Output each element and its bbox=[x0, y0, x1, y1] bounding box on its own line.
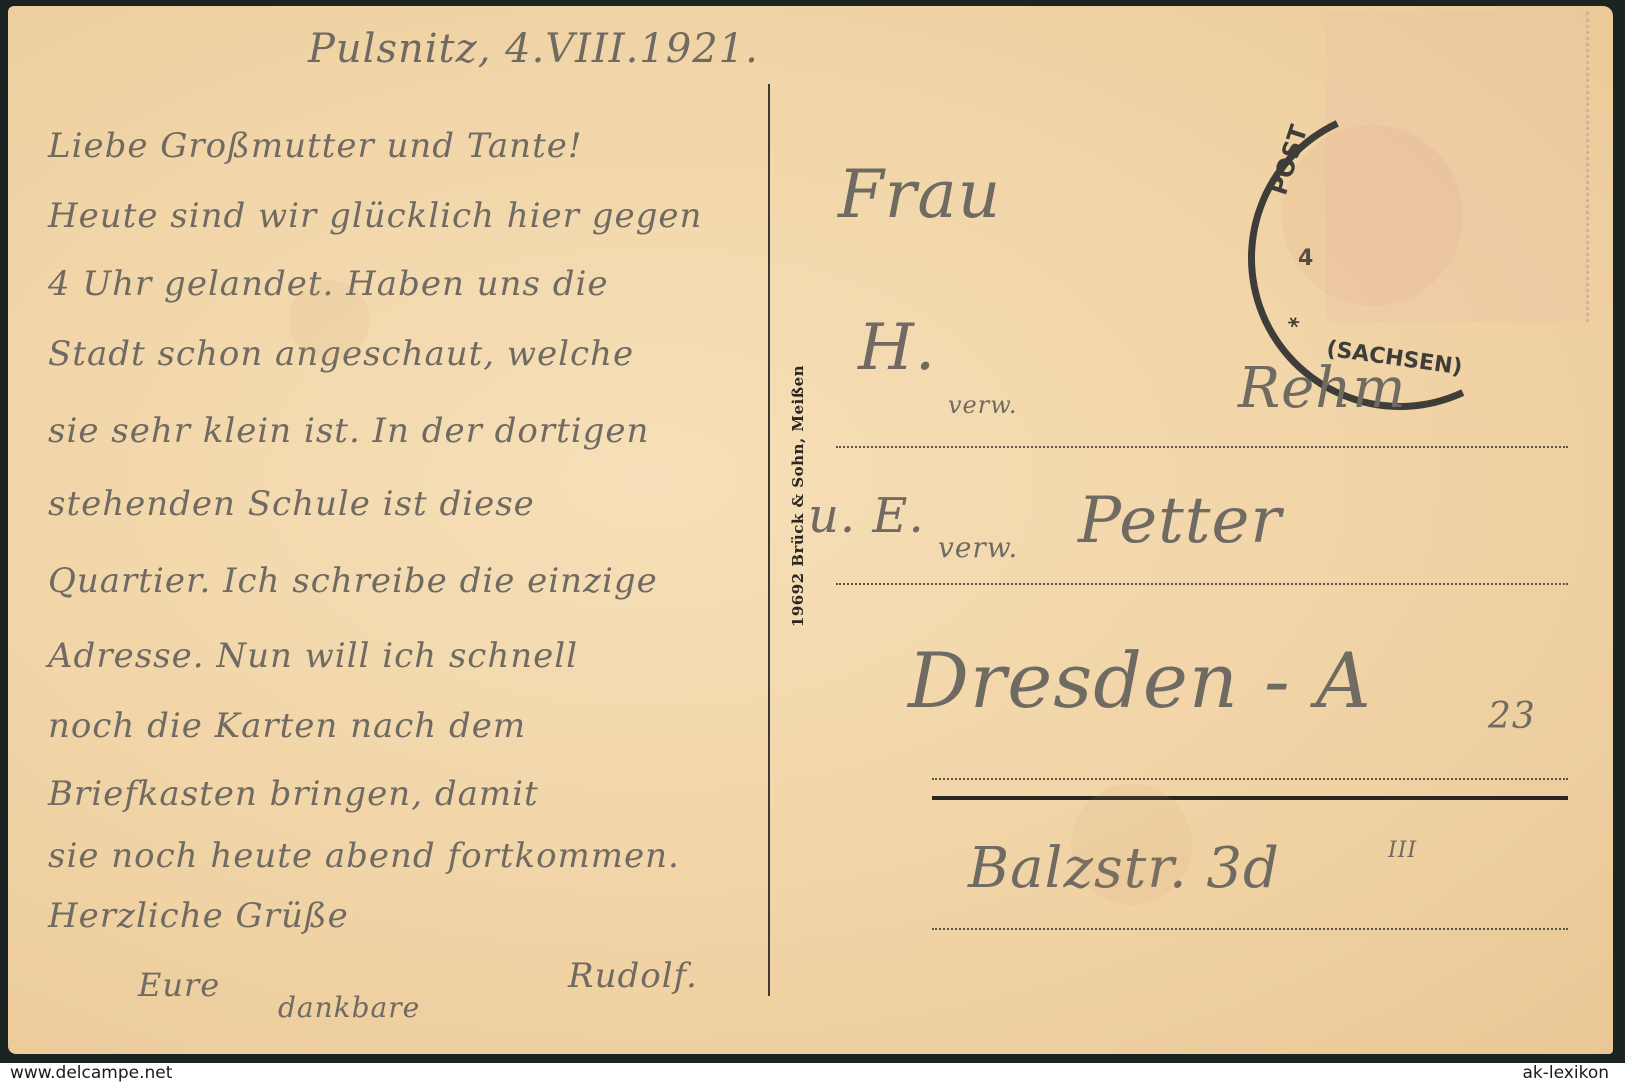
message-line: sie sehr klein ist. In der dortigen bbox=[48, 411, 649, 451]
message-line: sie noch heute abend fortkommen. bbox=[48, 836, 680, 876]
address-line2-name: Rehm bbox=[1238, 356, 1406, 421]
message-line: Liebe Großmutter und Tante! bbox=[48, 126, 583, 166]
publisher-imprint: 19692 Brück & Sohn, Meißen bbox=[789, 365, 807, 627]
message-line: Herzliche Grüße bbox=[48, 896, 349, 936]
address-dotted-line-2 bbox=[836, 583, 1568, 585]
address-street: Balzstr. 3d bbox=[968, 836, 1280, 901]
address-line3-mid: verw. bbox=[938, 531, 1018, 564]
message-line: stehenden Schule ist diese bbox=[48, 484, 535, 524]
address-line3-prefix: u. E. bbox=[808, 488, 925, 544]
address-line2-prefix: H. bbox=[858, 311, 936, 385]
message-line: Heute sind wir glücklich hier gegen bbox=[48, 196, 702, 236]
address-dotted-line-3 bbox=[932, 778, 1568, 780]
message-line: 4 Uhr gelandet. Haben uns die bbox=[48, 264, 608, 304]
address-floor: III bbox=[1388, 838, 1417, 863]
address-line2-mid: verw. bbox=[948, 391, 1018, 419]
signature-rudolf: Rudolf. bbox=[568, 956, 698, 996]
address-dotted-line-4 bbox=[932, 928, 1568, 930]
signature-dankbare: dankbare bbox=[278, 991, 420, 1024]
address-solid-line bbox=[932, 796, 1568, 800]
message-line: Stadt schon angeschaut, welche bbox=[48, 334, 634, 374]
message-line: Briefkasten bringen, damit bbox=[48, 774, 539, 814]
address-line3-name: Petter bbox=[1078, 484, 1282, 558]
address-dotted-line-1 bbox=[836, 446, 1568, 448]
message-line: Adresse. Nun will ich schnell bbox=[48, 636, 578, 676]
watermark-bar bbox=[0, 1063, 1625, 1083]
place-date: Pulsnitz, 4.VIII.1921. bbox=[308, 26, 759, 72]
center-divider bbox=[768, 84, 770, 996]
signature-eure: Eure bbox=[138, 966, 220, 1004]
watermark-left: www.delcampe.net bbox=[10, 1063, 172, 1083]
address-city: Dresden - A bbox=[908, 636, 1372, 725]
message-line: noch die Karten nach dem bbox=[48, 706, 526, 746]
message-line: Quartier. Ich schreibe die einzige bbox=[48, 561, 658, 601]
address-district: 23 bbox=[1488, 696, 1536, 737]
watermark-right: ak-lexikon bbox=[1523, 1063, 1609, 1083]
postmark-day: 4 bbox=[1298, 246, 1313, 271]
postcard: Pulsnitz, 4.VIII.1921. Liebe Großmutter … bbox=[8, 6, 1613, 1054]
address-salutation: Frau bbox=[838, 156, 1001, 233]
